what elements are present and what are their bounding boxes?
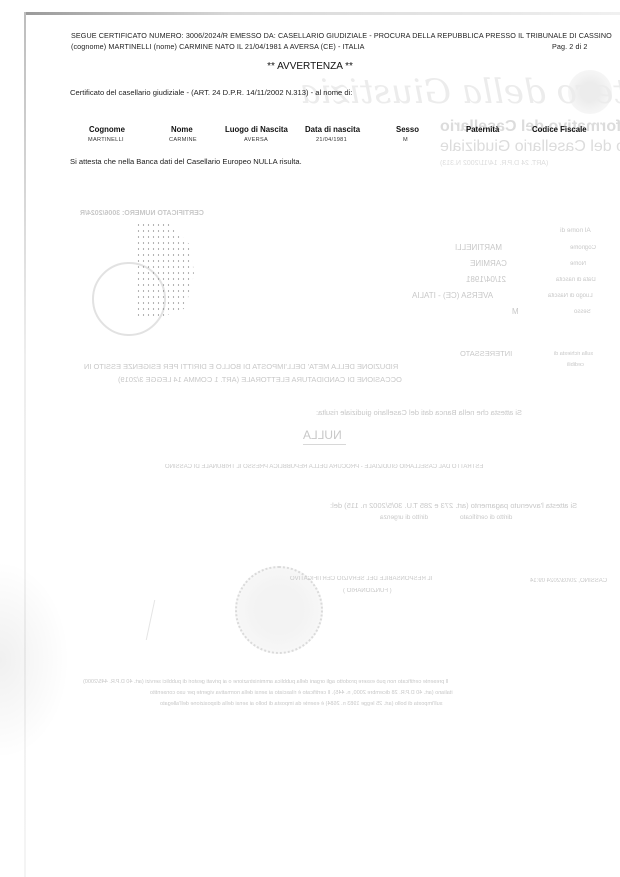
cell-sesso: M xyxy=(403,137,408,143)
bleed-reason-1: RIDUZIONE DELLA META' DELL'IMPOSTA DI BO… xyxy=(84,362,398,371)
scanned-document-page: Ministero della Giustizia Sistema Inform… xyxy=(0,0,620,877)
bleed-value-data: 21/04/1981 xyxy=(466,275,506,284)
bleed-label-nome: Nome xyxy=(570,261,586,267)
col-header-paternita: Paternità xyxy=(466,125,499,134)
scan-edge-top xyxy=(24,12,620,15)
cell-cognome: MARTINELLI xyxy=(88,137,124,143)
bleed-footnote-2: italiano (art. 40 D.P.R. 28 dicembre 200… xyxy=(150,690,453,696)
col-header-data-nascita: Data di nascita xyxy=(305,125,360,134)
col-header-codice-fiscale: Codice Fiscale xyxy=(532,125,587,134)
cell-data-nascita: 21/04/1981 xyxy=(316,137,347,143)
bleed-request-label: sulla richiesta di xyxy=(554,351,593,357)
bleed-heading-2: Certificato del Casellario Giudiziale xyxy=(440,138,620,156)
attestation-text: Si attesta che nella Banca dati del Case… xyxy=(70,157,302,166)
bleed-cert-number: CERTIFICATO NUMERO: 3006/2024/R xyxy=(80,210,204,217)
header-certificate-line: SEGUE CERTIFICATO NUMERO: 3006/2024/R EM… xyxy=(71,31,612,40)
bleed-place-date: CASSINO, 20/03/2024 09:14 xyxy=(530,578,607,584)
bleed-value-cognome: MARTINELLI xyxy=(455,243,502,252)
bleed-label-data: Data di nascita xyxy=(556,277,596,283)
bleed-payment: Si attesta l'avvenuto pagamento (art. 27… xyxy=(330,501,577,510)
nulla-underline xyxy=(303,444,346,445)
certificate-intro: Certificato del casellario giudiziale - … xyxy=(70,88,352,97)
bleed-attest-general: Si attesta che nella Banca dati del Case… xyxy=(316,408,522,417)
signature-mark xyxy=(146,600,186,640)
bleed-value-sesso: M xyxy=(512,307,519,316)
procura-stamp-icon xyxy=(136,222,194,318)
header-subject-line: (cognome) MARTINELLI (nome) CARMINE NATO… xyxy=(71,42,365,51)
bleed-request-label-2: cedibili xyxy=(567,362,584,368)
bleed-label-cognome: Cognome xyxy=(570,245,596,251)
bleed-fee-1: diritto di certificato xyxy=(460,514,512,521)
cell-nome: CARMINE xyxy=(169,137,197,143)
bleed-reason-2: OCCASIONE DI CANDIDATURA ELETTORALE (ART… xyxy=(118,375,402,384)
bleed-value-nome: CARMINE xyxy=(470,259,507,268)
page-title: ** AVVERTENZA ** xyxy=(0,61,620,72)
col-header-cognome: Cognome xyxy=(89,125,125,134)
col-header-nome: Nome xyxy=(171,125,193,134)
bleed-label-sesso: Sesso xyxy=(574,309,591,315)
col-header-luogo-nascita: Luogo di Nascita xyxy=(225,125,288,134)
bleed-footnote-3: sull'imposta di bollo (art. 25 legge 198… xyxy=(160,701,442,707)
bleed-official: IL RESPONSABILE DEL SERVIZIO CERTIFICATI… xyxy=(290,576,432,582)
bleed-interested: INTERESSATO xyxy=(460,349,512,358)
bleed-value-luogo: AVERSA (CE) - ITALIA xyxy=(412,291,493,300)
bleed-heading-3: (ART. 24 D.P.R. 14/11/2002 N.313) xyxy=(440,160,548,167)
bleed-nulla: NULLA xyxy=(303,428,342,442)
bleed-footnote-1: Il presente certificato non può essere p… xyxy=(83,679,449,685)
scan-shadow xyxy=(0,560,70,760)
bleed-official-name: ( FUNZIONARIO ) xyxy=(343,588,392,594)
cell-luogo-nascita: AVERSA xyxy=(244,137,268,143)
bleed-label-luogo: Luogo di Nascita xyxy=(548,293,593,299)
bleed-al-nome-di: Al nome di xyxy=(560,227,591,234)
col-header-sesso: Sesso xyxy=(396,125,419,134)
page-number: Pag. 2 di 2 xyxy=(552,42,587,51)
bleed-fee-2: diritto di urgenza xyxy=(380,514,428,521)
bleed-extract: ESTRATTO DAL CASELLARIO GIUDIZIALE - PRO… xyxy=(165,464,483,470)
